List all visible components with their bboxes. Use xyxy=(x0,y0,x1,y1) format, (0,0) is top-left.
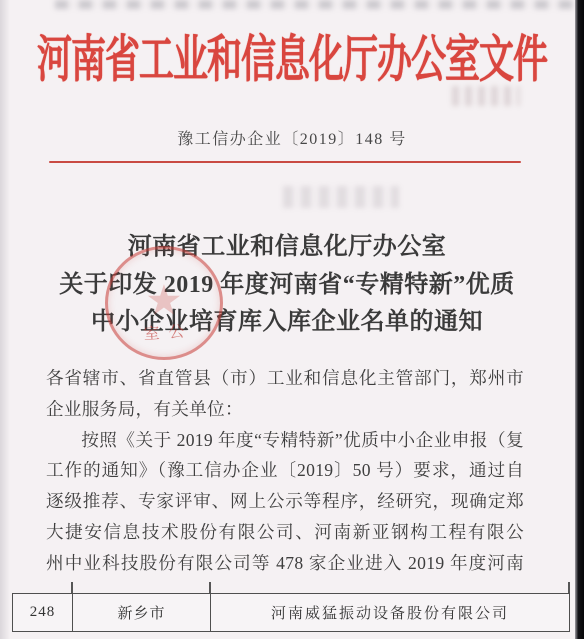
letterhead-title: 河南省工业和信息化厅办公室文件 xyxy=(0,20,584,93)
table-cell-company: 河南威猛振动设备股份有限公司 xyxy=(211,594,569,631)
salutation-line: 各省辖市、省直管县（市）工业和信息化主管部门，郑州市中小 xyxy=(46,363,524,394)
letter-body: 各省辖市、省直管县（市）工业和信息化主管部门，郑州市中小 企业服务局，有关单位：… xyxy=(46,363,524,579)
table-cell-number: 248 xyxy=(13,594,73,631)
scan-edge-left xyxy=(0,0,10,639)
scan-edge-right xyxy=(575,0,584,639)
body-line: 州中业科技股份有限公司等 478 家企业进入 2019 年度河南省“专 xyxy=(46,548,524,579)
notice-title: 河南省工业和信息化厅办公室 关于印发 2019 年度河南省“专精特新”优质 中小… xyxy=(20,229,554,342)
scanned-document-page: 河南省工业和信息化厅办公室文件 豫工信办企业〔2019〕148 号 河南省工业和… xyxy=(0,0,584,639)
salutation-line: 企业服务局，有关单位： xyxy=(46,394,524,425)
body-line: 工作的通知》（豫工信办企业〔2019〕50 号）要求，通过自愿申报、 xyxy=(46,455,524,486)
scan-bleed-middle xyxy=(283,186,399,208)
notice-title-line-3: 中小企业培育库入库企业名单的通知 xyxy=(20,304,554,342)
body-line: 按照《关于 2019 年度“专精特新”优质中小企业申报（复核） xyxy=(46,425,524,456)
document-number: 豫工信办企业〔2019〕148 号 xyxy=(0,126,584,149)
notice-title-line-1: 河南省工业和信息化厅办公室 xyxy=(20,229,554,267)
red-divider-rule xyxy=(49,161,521,163)
notice-title-line-2: 关于印发 2019 年度河南省“专精特新”优质 xyxy=(20,267,554,305)
body-line: 逐级推荐、专家评审、网上公示等程序，经研究，现确定郑州信 xyxy=(46,486,524,517)
table-row: 248 新乡市 河南威猛振动设备股份有限公司 xyxy=(12,593,570,632)
body-line: 大捷安信息技术股份有限公司、河南新亚钢构工程有限公司、郑 xyxy=(46,517,524,548)
table-cell-city: 新乡市 xyxy=(73,594,211,631)
scan-bleed-top xyxy=(55,0,575,9)
